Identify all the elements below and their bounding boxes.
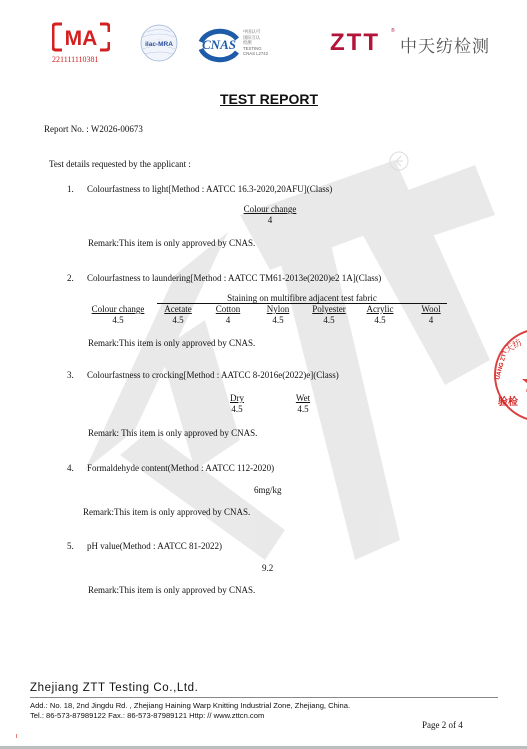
svg-text:ilac-MRA: ilac-MRA [145, 41, 173, 48]
item-1-header-colour-change: Colour change [238, 204, 302, 214]
item-3-header-wet: Wet [288, 393, 318, 403]
ztt-brand-logo: ZTT [330, 29, 380, 57]
item-3-value-dry: 4.5 [222, 404, 252, 414]
faint-circle-mark [388, 150, 410, 172]
item-3-remark: Remark: This item is only approved by CN… [88, 428, 257, 438]
footer-address: Add.: No. 18, 2nd Jingdu Rd. , Zhejiang … [30, 701, 350, 710]
item-2-number: 2. [67, 273, 74, 283]
registered-mark: ® [391, 28, 395, 34]
item-2-header-cotton: Cotton [208, 304, 248, 314]
cma-logo: MA [52, 22, 110, 52]
footer-company-name: Zhejiang ZTT Testing Co.,Ltd. [30, 682, 198, 694]
page-title: TEST REPORT [0, 91, 527, 107]
item-2-header-acrylic: Acrylic [358, 304, 402, 314]
intro-text: Test details requested by the applicant … [49, 159, 191, 169]
cma-number: 221111110381 [52, 55, 99, 64]
item-4-remark: Remark:This item is only approved by CNA… [83, 507, 250, 517]
item-1-title: Colourfastness to light[Method : AATCC 1… [87, 184, 332, 194]
item-2-value-nylon: 4.5 [258, 315, 298, 325]
item-2-value-cotton: 4 [208, 315, 248, 325]
item-2-remark: Remark:This item is only approved by CNA… [88, 338, 255, 348]
item-2-value-polyester: 4.5 [304, 315, 354, 325]
svg-text:UANG ZTT: UANG ZTT [495, 349, 509, 380]
ilac-mra-logo: ilac-MRA [139, 23, 179, 63]
item-2-header-acetate: Acetate [158, 304, 198, 314]
item-4-title: Formaldehyde content(Method : AATCC 112-… [87, 463, 274, 473]
item-3-number: 3. [67, 370, 74, 380]
item-3-title: Colourfastness to crocking[Method : AATC… [87, 370, 339, 380]
item-4-number: 4. [67, 463, 74, 473]
official-seal-stamp: 天纺 UANG ZTT 验检 [493, 325, 527, 425]
svg-text:MA: MA [65, 27, 98, 50]
item-1-number: 1. [67, 184, 74, 194]
item-1-value-colour-change: 4 [238, 215, 302, 225]
svg-text:验检: 验检 [498, 395, 519, 408]
item-2-value-acrylic: 4.5 [358, 315, 402, 325]
item-5-value: 9.2 [262, 563, 273, 573]
item-1-remark: Remark:This item is only approved by CNA… [88, 238, 255, 248]
item-2-header-colour-change: Colour change [86, 304, 150, 314]
footer-rule [30, 697, 498, 698]
item-3-header-dry: Dry [222, 393, 252, 403]
item-3-value-wet: 4.5 [288, 404, 318, 414]
report-number: Report No. : W2026-00673 [44, 124, 143, 134]
footer-contact: Tel.: 86-573-87989122 Fax.: 86-573-87989… [30, 711, 264, 720]
ztt-chinese-name: 中天纺检测 [400, 32, 490, 57]
item-2-value-wool: 4 [416, 315, 446, 325]
item-2-header-polyester: Polyester [304, 304, 354, 314]
page-number: Page 2 of 4 [422, 720, 463, 730]
item-2-value-acetate: 4.5 [158, 315, 198, 325]
item-5-remark: Remark:This item is only approved by CNA… [88, 585, 255, 595]
cnas-accreditation-text: 中国认可 国际互认 检测 TESTING CNAS L2742 [243, 29, 268, 57]
item-5-number: 5. [67, 541, 74, 551]
group-header-rule [157, 303, 447, 304]
item-4-value: 6mg/kg [254, 485, 282, 495]
item-2-group-header: Staining on multifibre adjacent test fab… [157, 293, 447, 303]
svg-text:CNAS: CNAS [202, 37, 236, 52]
item-2-header-nylon: Nylon [258, 304, 298, 314]
item-2-value-colour-change: 4.5 [86, 315, 150, 325]
item-2-title: Colourfastness to laundering[Method : AA… [87, 273, 381, 283]
item-2-header-wool: Wool [416, 304, 446, 314]
margin-tick-mark [16, 734, 17, 738]
item-5-title: pH value(Method : AATCC 81-2022) [87, 541, 222, 551]
